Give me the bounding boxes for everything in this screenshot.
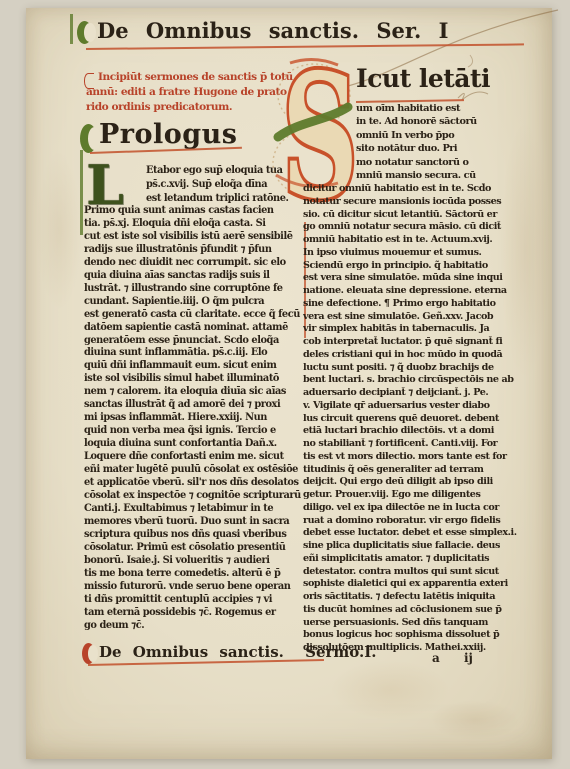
paragraph-mark-icon — [82, 643, 95, 664]
text-line: diuina sunt inflammātia. ps̄.c.iij. Elo — [84, 347, 301, 360]
text-line: est vera sine simulatōe. mūda sine inqui — [303, 272, 522, 285]
text-line: quiū dñi inflammauit eum. sicut enim — [84, 360, 301, 373]
sermon-opening: Icut letāti — [356, 64, 490, 93]
text-line: In ipso viuimus mouemur et sumus. — [303, 247, 522, 260]
text-line: diligo. vel ex ipa dilectōe ne in lucta … — [303, 502, 522, 515]
text-line: dendo nec diuidit nec corrumpit. sic elo — [84, 257, 301, 270]
text-line: vera est sine simulatōe. Geñ.xxv. Jacob — [303, 311, 522, 324]
text-line: getur. Prouer.viij. Ego me diligentes — [303, 489, 522, 502]
text-line: cob interpretat̄ luctator. p̄ quē signan… — [303, 336, 522, 349]
text-line: datōem sapientie castā nominat. attamē — [84, 322, 301, 335]
text-line: memores vberū tuorū. Duo sunt in sacra — [84, 516, 301, 529]
text-line: scriptura quibus nos dñs quasi vberibus — [84, 529, 301, 542]
text-line: bonus logicus hoc sophisma dissoluet p̄ — [303, 629, 522, 642]
text-line: iste sol visibilis simul habet illuminat… — [84, 373, 301, 386]
text-line: quid non verba mea q̃si ignis. Tercio e — [84, 425, 301, 438]
text-line: omniū habitatio est in te. Actuum.xvij. — [303, 234, 522, 247]
text-line: cōsolat̄ ex inspectōe ⁊ cognitōe scriptu… — [84, 490, 301, 503]
text-line: sanctas illustrāt q̃ ad amorē dei ⁊ prox… — [84, 399, 301, 412]
text-line: mniū mansio secura. cū — [356, 169, 520, 182]
prologue-heading: Prologus — [99, 119, 238, 150]
text-line: Primo quia sunt animas castas facien — [84, 205, 301, 218]
text-line: Loquere dñe confortasti enim me. sicut — [84, 451, 301, 464]
text-line: eñi simplicitatis amator. ⁊ duplicitatis — [303, 553, 522, 566]
text-line: go deum ⁊c̄. — [84, 620, 301, 633]
scanned-book-page: De Omnibus sanctis. Ser. I Incipiūt serm… — [0, 0, 570, 769]
text-line: tis ducūt homines ad cōclusionem sue p̄ — [303, 604, 522, 617]
text-line: bonorū. Isaie.j. Si volueritis ⁊ audieri — [84, 555, 301, 568]
green-stem-line — [80, 150, 83, 235]
text-line: tis est vt mors dilectio. mors tante est… — [303, 451, 522, 464]
text-line: tam eternā possidebis ⁊c̄. Rogemus er — [84, 607, 301, 620]
right-column-text: dicitur omniū habitatio est in te. Scd̄o… — [303, 183, 522, 655]
text-line: luctu sunt positi. ⁊ q̃ duobz brachijs d… — [303, 362, 522, 375]
text-line: omniū In verbo p̄po — [356, 129, 520, 142]
text-line: tis me bona terre comedetis. alterū ē p̄ — [84, 568, 301, 581]
quire-signature: a ij — [432, 651, 473, 665]
margin-green-line — [70, 14, 73, 44]
text-line: loquia diuina sunt confortantia Dañ.x. — [84, 438, 301, 451]
text-line: debet esse luctator. debet et esse simpl… — [303, 527, 522, 540]
paragraph-mark-icon — [80, 124, 97, 153]
text-line: generatōem esse p̄nunciat. Scd̄o eloq̃a — [84, 335, 301, 348]
text-line: mo notatur sanctorū o — [356, 156, 520, 169]
sermon-rubric: De Omnibus sanctis. Sermo.I. — [99, 643, 376, 661]
text-line: no stabiliant̄ ⁊ fortificent̄. Canti.vii… — [303, 438, 522, 451]
text-line: sine defectione. ¶ Primo ergo habitatio — [303, 298, 522, 311]
text-line: aduersario decipiant̄ ⁊ deijciant̄. j. P… — [303, 387, 522, 400]
text-line: cōsolatur. Primū est cōsolatio presentiū — [84, 542, 301, 555]
text-line: quia diuina aīas sanctas radijs suis il — [84, 270, 301, 283]
text-line: tia. ps̄.xj. Eloquia dñi eloq̃a casta. S… — [84, 218, 301, 231]
text-line: v. Vigilate qr̄ aduersarius vester diabo — [303, 400, 522, 413]
text-line: dicitur omniū habitatio est in te. Scd̄o — [303, 183, 522, 196]
text-line: nem ⁊ calorem. ita eloquia diuīa sic aīa… — [84, 386, 301, 399]
text-line: deles cristiani qui in hoc mūdo in quodā — [303, 349, 522, 362]
text-line: vir simplex habitās in tabernaculis. Ja — [303, 323, 522, 336]
text-line: uerse persuasionis. Sed dñs tanquam — [303, 617, 522, 630]
right-column-indented-text: um oīm habitatio estin te. Ad honorē sāc… — [356, 102, 520, 182]
text-line: radijs sue illustratōnis p̄fundit ⁊ p̄fu… — [84, 244, 301, 257]
text-line: lustrāt. ⁊ illustrando sine corruptōne f… — [84, 283, 301, 296]
text-line: notatur secure mansionis iocūda posses — [303, 196, 522, 209]
text-line: in te. Ad honorē sāctorū — [356, 115, 520, 128]
text-line: go omniū notatur secura māsio. cū dicit̄ — [303, 221, 522, 234]
left-column-text: Primo quia sunt animas castas facientia.… — [84, 205, 301, 632]
text-line: sito notātur duo. Pri — [356, 142, 520, 155]
text-line: oris sāctitatis. ⁊ defectu latētis iniqu… — [303, 591, 522, 604]
text-line: ruat a domino roboratur. vir ergo fideli… — [303, 515, 522, 528]
text-line: et applicatōe vberū. sil'r nos dñs desol… — [84, 477, 301, 490]
text-line: eñi mater lugētē puulū cōsolat̄ ex ostēs… — [84, 464, 301, 477]
text-line: titudinis q̃ oēs generaliter ad terram — [303, 464, 522, 477]
paragraph-mark-icon — [77, 21, 92, 44]
text-line: est generatō casta cū claritate. ecce q̃… — [84, 309, 301, 322]
text-line: sio. cū dicitur sicut letantiū. Sāctorū … — [303, 209, 522, 222]
running-title: De Omnibus sanctis. Ser. I — [97, 18, 448, 43]
text-line: sophiste dialetici qui ex apparentia ext… — [303, 578, 522, 591]
text-line: ti dñs promittit centuplū accipies ⁊ vi — [84, 594, 301, 607]
text-line: deijcit. Qui ergo deū diligit ab ipso di… — [303, 476, 522, 489]
text-line: detestator. contra multos qui sunt sicut — [303, 566, 522, 579]
text-line: bent luctari. s. brachio circūspectōis n… — [303, 374, 522, 387]
text-line: cundant. Sapientie.iiij. O q̃m pulcra — [84, 296, 301, 309]
drop-cap-l: L — [86, 162, 124, 208]
text-line: cut est iste sol visibilis istū aerē sen… — [84, 231, 301, 244]
text-line: etiā luctari brachio dilectōis. vt a dom… — [303, 425, 522, 438]
sermon-rubric-label: De Omnibus sanctis. — [99, 643, 284, 661]
text-line: Sciendū ergo in principio. q̃ habitatio — [303, 260, 522, 273]
text-line: Canti.j. Exultabimus ⁊ letabimur in te — [84, 503, 301, 516]
text-line: um oīm habitatio est — [356, 102, 520, 115]
text-line: natione. eleuata sine depressione. etern… — [303, 285, 522, 298]
text-line: sine plica duplicitatis siue fallacie. d… — [303, 540, 522, 553]
drop-cap-s-ornament: S — [270, 57, 356, 203]
text-line: lus circuit querens quē deuoret. debent — [303, 413, 522, 426]
text-line: mi ipsas inflammāt. Hiere.xxiij. Nun — [84, 412, 301, 425]
text-line: missio futurorū. vnde seruo bene operan — [84, 581, 301, 594]
